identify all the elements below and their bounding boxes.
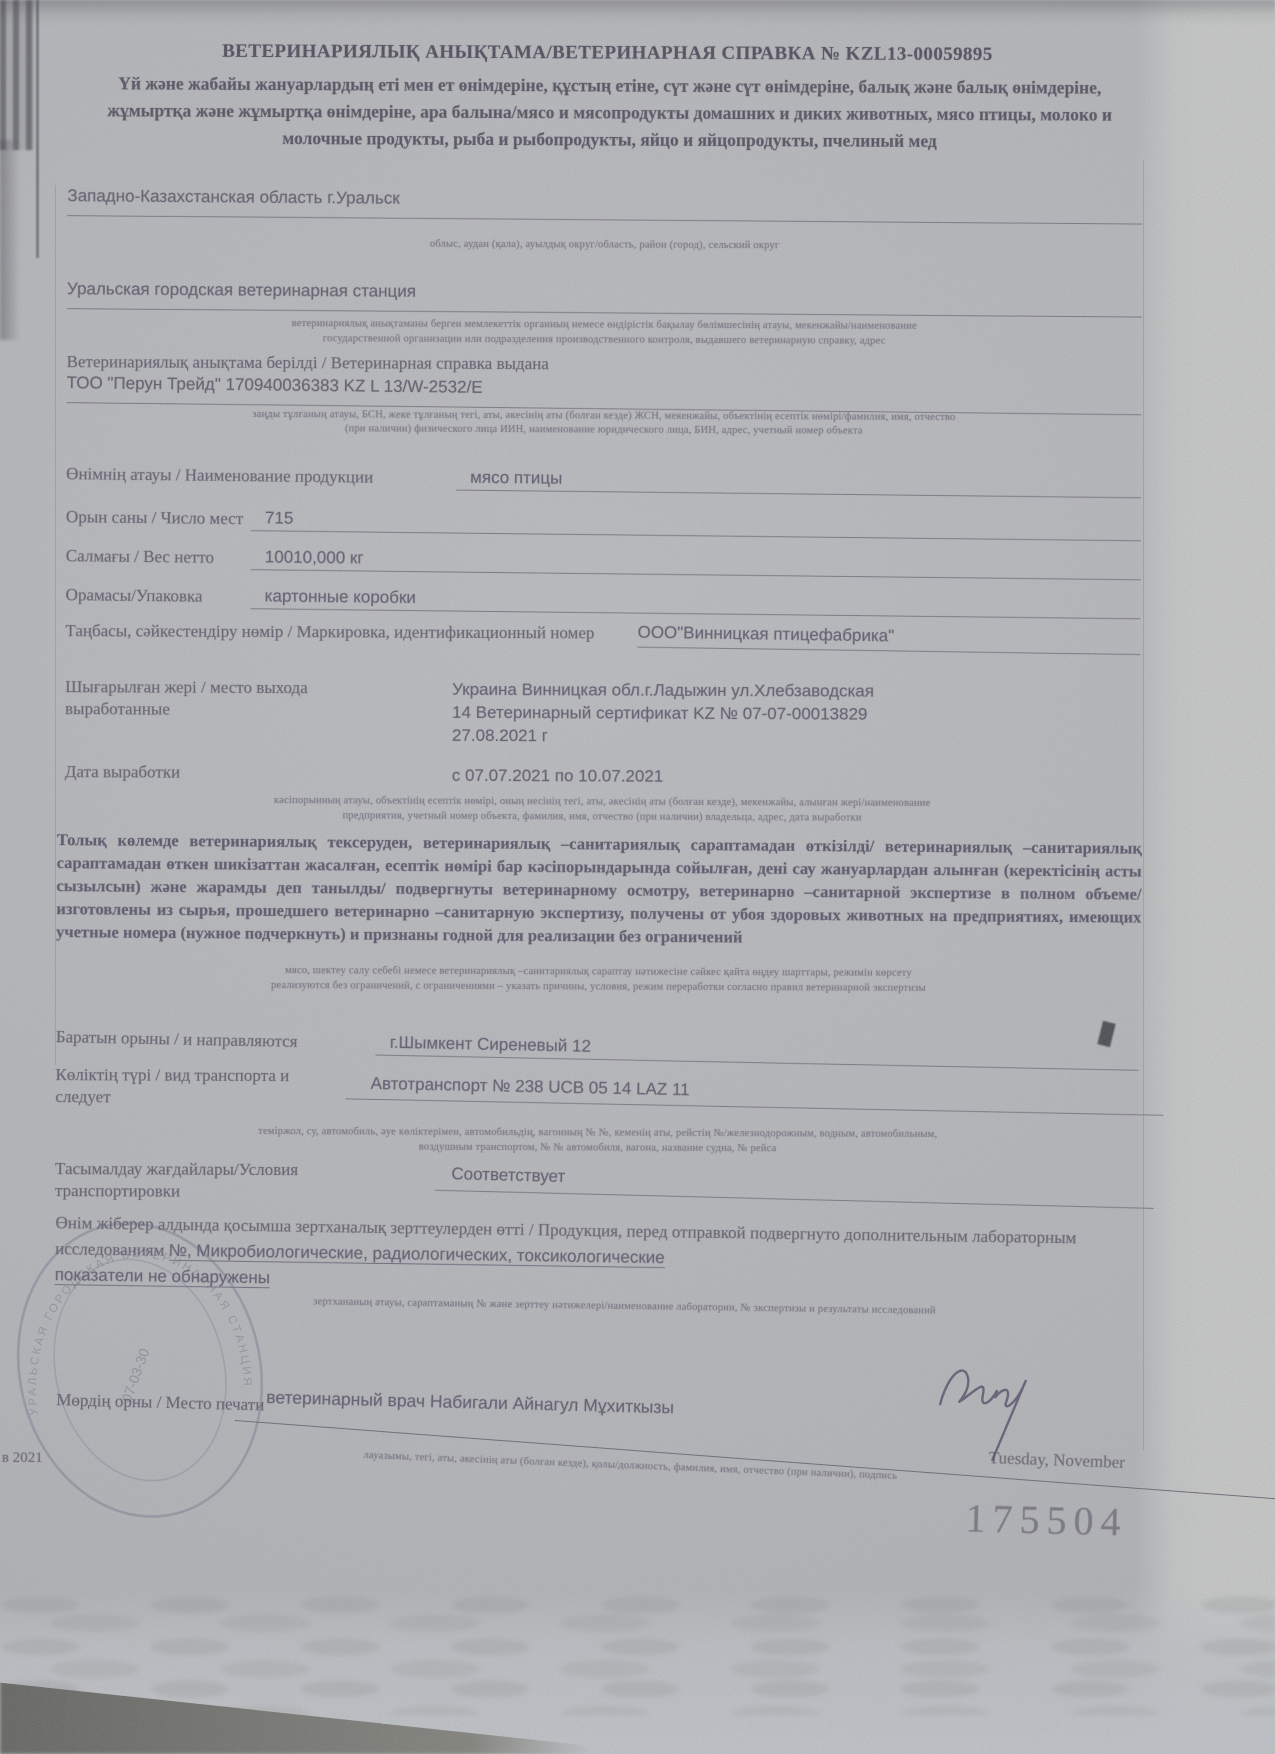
certificate-subtitle: Үй және жабайы жануарлардың еті мен ет ө… xyxy=(95,70,1125,155)
packaging-value: картонные коробки xyxy=(251,586,1141,619)
product-value: мясо птицы xyxy=(456,468,1141,499)
footer-year-note: в 2021 xyxy=(2,1450,43,1467)
scanned-veterinary-certificate: УРАЛЬСКАЯ ГОРОДСКАЯ ВЕТЕРИНАРНАЯ СТАНЦИЯ… xyxy=(0,0,1275,1754)
weight-row: Салмағы / Вес нетто 10010,000 кг xyxy=(66,545,1141,580)
product-row: Өнімнің атауы / Наименование продукции м… xyxy=(66,463,1141,498)
conditions-value: Соответствует xyxy=(435,1164,1154,1209)
destination-value: г.Шымкент Сиреневый 12 xyxy=(376,1033,1139,1071)
marking-label: Таңбасы, сәйкестендіру нөмір / Маркировк… xyxy=(65,620,625,643)
packaging-row: Орамасы/Упаковка картонные коробки xyxy=(66,584,1141,619)
conditions-label: Тасымалдау жағдайлары/Условия транспорти… xyxy=(55,1158,365,1203)
places-row: Орын саны / Число мест 715 xyxy=(66,506,1141,541)
lab-tests-block: Өнім жіберер алдында қосымша зертханалық… xyxy=(55,1210,1141,1304)
issued-to-label: Ветеринариялық анықтама берілді / Ветери… xyxy=(67,352,549,374)
places-value: 715 xyxy=(251,508,1141,541)
weight-value: 10010,000 кг xyxy=(251,547,1141,580)
document-content: ВЕТЕРИНАРИЯЛЫҚ АНЫҚТАМА/ВЕТЕРИНАРНАЯ СПР… xyxy=(0,0,1275,1754)
packaging-label: Орамасы/Упаковка xyxy=(66,585,251,609)
places-label: Орын саны / Число мест xyxy=(66,507,251,531)
inspection-statement: Толық көлемде ветеринариялық тексеруден,… xyxy=(56,828,1142,952)
origin-label: Шығарылған жері / место выхода выработан… xyxy=(65,676,405,721)
footer-serial-number: 175504 xyxy=(965,1494,1128,1545)
transport-label: Көліктің түрі / вид транспорта и следует xyxy=(55,1064,345,1109)
destination-label: Баратын орыны / и направляются xyxy=(56,1027,376,1055)
region-caption: облыс, аудан (қала), ауылдық округ/облас… xyxy=(67,236,1142,255)
region-field: Западно-Казахстанская область г.Уральск xyxy=(67,186,1142,224)
production-date-value: с 07.07.2021 по 10.07.2021 xyxy=(452,766,664,787)
lab-tests-list: №, Микробиологические, радиологических, … xyxy=(168,1241,664,1268)
lab-tests-result: показатели не обнаружены xyxy=(55,1265,271,1288)
seal-caption: лауазымы, тегі, аты, әкесінің аты (болға… xyxy=(265,1445,995,1488)
seal-place-label: Мөрдің орны / Место печати xyxy=(56,1390,265,1415)
transport-value: Автотранспорт № 238 UCB 05 14 LAZ 11 xyxy=(345,1073,1163,1115)
veterinarian-name: ветеринарный врач Набигали Айнагул Мұхит… xyxy=(266,1387,674,1418)
weight-label: Салмағы / Вес нетто xyxy=(66,546,251,570)
marking-value: ООО"Винницкая птицефабрика" xyxy=(637,623,1140,655)
production-date-label: Дата выработки xyxy=(65,762,180,783)
product-label: Өнімнің атауы / Наименование продукции xyxy=(66,464,456,490)
issuing-station-field: Уральская городская ветеринарная станция xyxy=(67,279,1142,317)
certificate-title: ВЕТЕРИНАРИЯЛЫҚ АНЫҚТАМА/ВЕТЕРИНАРНАЯ СПР… xyxy=(70,40,1145,67)
origin-value: Украина Винницкая обл.г.Ладыжин ул.Хлебз… xyxy=(452,678,1072,750)
handwritten-signature xyxy=(926,1344,1064,1473)
